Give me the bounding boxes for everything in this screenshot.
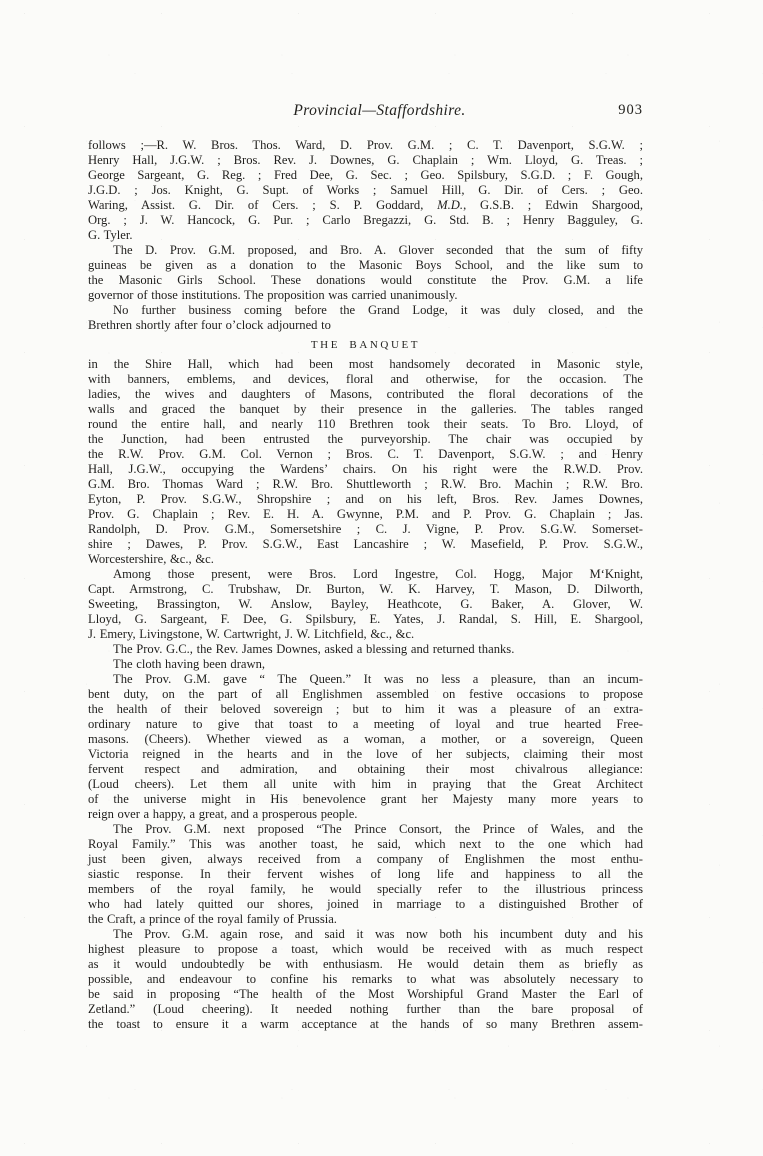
text-line: in the Shire Hall, which had been most h…	[88, 357, 643, 372]
text-line: Among those present, were Bros. Lord Ing…	[88, 567, 643, 582]
text-line: Brethren shortly after four o’clock adjo…	[88, 318, 643, 333]
text-line: just been given, always received from a …	[88, 852, 643, 867]
text-line: possible, and endeavour to confine his r…	[88, 972, 643, 987]
text-line: Zetland.” (Loud cheering). It needed not…	[88, 1002, 643, 1017]
text-line: Lloyd, G. Sargeant, F. Dee, G. Spilsbury…	[88, 612, 643, 627]
text-line: The Prov. G.M. gave “ The Queen.” It was…	[88, 672, 643, 687]
text-line: the Craft, a prince of the royal family …	[88, 912, 643, 927]
text-line: reign over a happy, a great, and a prosp…	[88, 807, 643, 822]
text-line: of the universe might in His benevolence…	[88, 792, 643, 807]
text-line: walls and graced the banquet by their pr…	[88, 402, 643, 417]
text-line: the health of their beloved sovereign ; …	[88, 702, 643, 717]
text-line: the R.W. Prov. G.M. Col. Vernon ; Bros. …	[88, 447, 643, 462]
text-line: guineas be given as a donation to the Ma…	[88, 258, 643, 273]
text-line: J. Emery, Livingstone, W. Cartwright, J.…	[88, 627, 643, 642]
text-line: George Sargeant, G. Reg. ; Fred Dee, G. …	[88, 168, 643, 183]
text-line: G. Tyler.	[88, 228, 643, 243]
text-line: follows ;—R. W. Bros. Thos. Ward, D. Pro…	[88, 138, 643, 153]
page-number: 903	[618, 102, 643, 119]
text-line: who had lately quitted our shores, joine…	[88, 897, 643, 912]
paragraph: in the Shire Hall, which had been most h…	[88, 357, 643, 567]
paragraph: The Prov. G.M. again rose, and said it w…	[88, 927, 643, 1032]
text-line: be said in proposing “The health of the …	[88, 987, 643, 1002]
running-head: Provincial—Staffordshire. 903	[88, 102, 643, 122]
text-line: Victoria reigned in the hearts and in th…	[88, 747, 643, 762]
text-line: The Prov. G.C., the Rev. James Downes, a…	[88, 642, 643, 657]
page: Provincial—Staffordshire. 903 follows ;—…	[88, 0, 643, 1032]
text-line: round the entire hall, and nearly 110 Br…	[88, 417, 643, 432]
paragraph: The cloth having been drawn,	[88, 657, 643, 672]
text-line: with banners, emblems, and devices, flor…	[88, 372, 643, 387]
scanned-document-page: { "header": { "running_title": "Provinci…	[0, 0, 763, 1156]
text-line: G.M. Bro. Thomas Ward ; R.W. Bro. Shuttl…	[88, 477, 643, 492]
text-line: The cloth having been drawn,	[88, 657, 643, 672]
paragraph: Among those present, were Bros. Lord Ing…	[88, 567, 643, 642]
text-line: Royal Family.” This was another toast, h…	[88, 837, 643, 852]
text-line: the Masonic Girls School. These donation…	[88, 273, 643, 288]
text-line: Capt. Armstrong, C. Trubshaw, Dr. Burton…	[88, 582, 643, 597]
text-line: Henry Hall, J.G.W. ; Bros. Rev. J. Downe…	[88, 153, 643, 168]
paragraph: The Prov. G.M. gave “ The Queen.” It was…	[88, 672, 643, 822]
text-line: shire ; Dawes, P. Prov. S.G.W., East Lan…	[88, 537, 643, 552]
text-line: as it would undoubtedly be with enthusia…	[88, 957, 643, 972]
paragraph: The D. Prov. G.M. proposed, and Bro. A. …	[88, 243, 643, 303]
text-line: Eyton, P. Prov. S.G.W., Shropshire ; and…	[88, 492, 643, 507]
text-line: members of the royal family, he would sp…	[88, 882, 643, 897]
paragraph: The Prov. G.C., the Rev. James Downes, a…	[88, 642, 643, 657]
paragraph: No further business coming before the Gr…	[88, 303, 643, 333]
text-line: Waring, Assist. G. Dir. of Cers. ; S. P.…	[88, 198, 643, 213]
text-line: fervent respect and admiration, and obta…	[88, 762, 643, 777]
text-line: The D. Prov. G.M. proposed, and Bro. A. …	[88, 243, 643, 258]
text-line: bent duty, on the part of all Englishmen…	[88, 687, 643, 702]
text-line: the Junction, had been entrusted the pur…	[88, 432, 643, 447]
text-line: J.G.D. ; Jos. Knight, G. Supt. of Works …	[88, 183, 643, 198]
text-line: Worcestershire, &c., &c.	[88, 552, 643, 567]
text-line: siastic response. In their fervent wishe…	[88, 867, 643, 882]
paragraph: The Prov. G.M. next proposed “The Prince…	[88, 822, 643, 927]
text-line: (Loud cheers). Let them all unite with h…	[88, 777, 643, 792]
text-line: masons. (Cheers). Whether viewed as a wo…	[88, 732, 643, 747]
text-line: the toast to ensure it a warm acceptance…	[88, 1017, 643, 1032]
document-body: follows ;—R. W. Bros. Thos. Ward, D. Pro…	[88, 138, 643, 1032]
text-line: Randolph, D. Prov. G.M., Somersetshire ;…	[88, 522, 643, 537]
text-line: The Prov. G.M. next proposed “The Prince…	[88, 822, 643, 837]
text-line: ordinary nature to give that toast to a …	[88, 717, 643, 732]
text-line: Hall, J.G.W., occupying the Wardens’ cha…	[88, 462, 643, 477]
text-line: No further business coming before the Gr…	[88, 303, 643, 318]
section-heading: THE BANQUET	[88, 338, 643, 353]
text-line: Sweeting, Brassington, W. Anslow, Bayley…	[88, 597, 643, 612]
running-title: Provincial—Staffordshire.	[293, 102, 465, 120]
text-line: ladies, the wives and daughters of Mason…	[88, 387, 643, 402]
text-line: Prov. G. Chaplain ; Rev. E. H. A. Gwynne…	[88, 507, 643, 522]
text-line: The Prov. G.M. again rose, and said it w…	[88, 927, 643, 942]
paragraph: follows ;—R. W. Bros. Thos. Ward, D. Pro…	[88, 138, 643, 243]
text-line: highest pleasure to propose a toast, whi…	[88, 942, 643, 957]
text-line: Org. ; J. W. Hancock, G. Pur. ; Carlo Br…	[88, 213, 643, 228]
text-line: governor of those institutions. The prop…	[88, 288, 643, 303]
